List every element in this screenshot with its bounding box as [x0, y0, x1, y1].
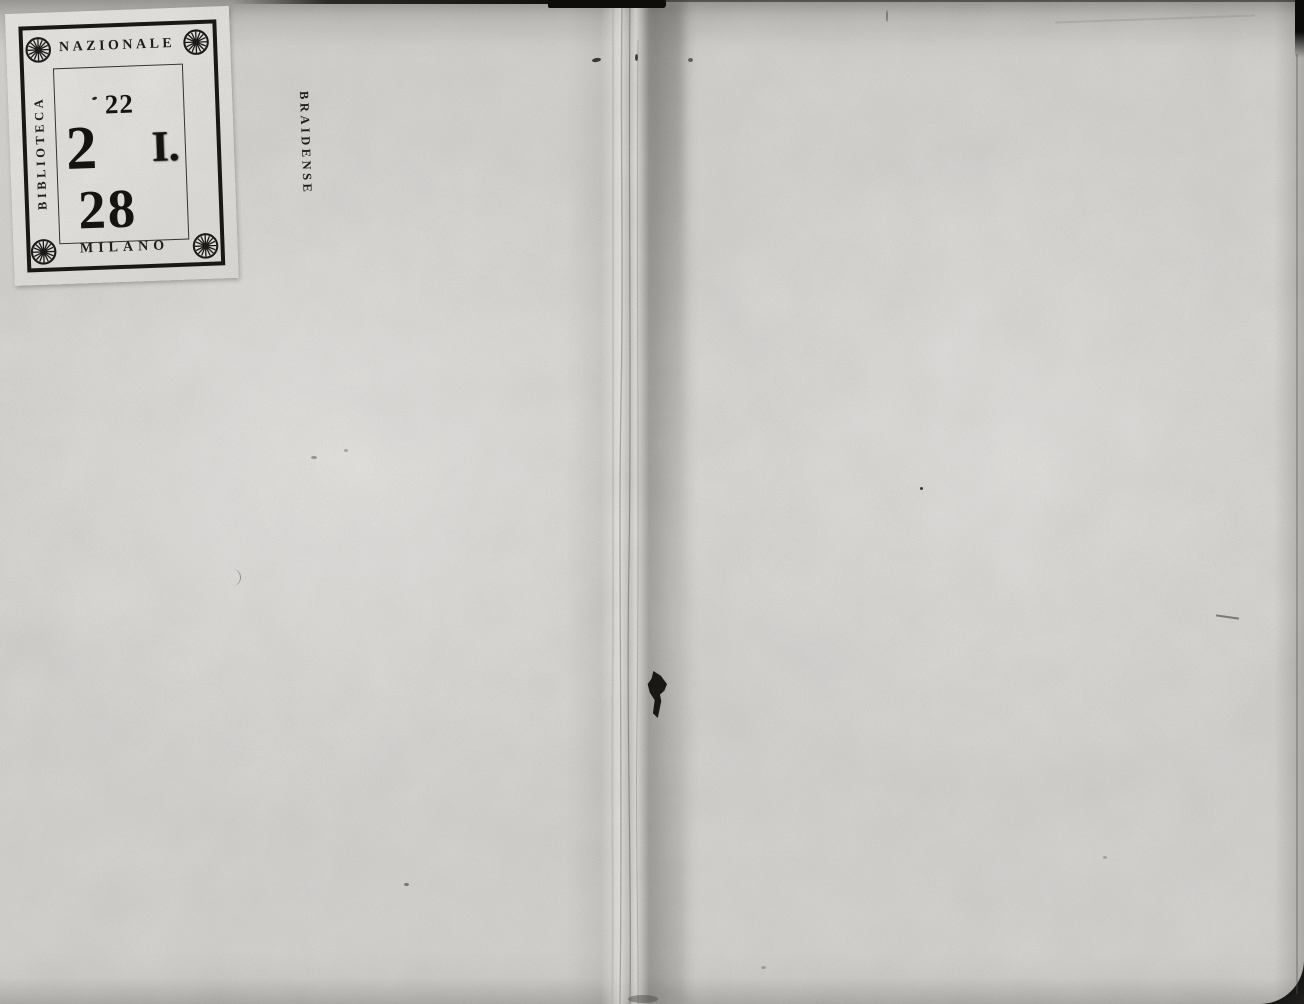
rosette-icon: [190, 230, 221, 261]
scan-top-edge-line-right: [664, 0, 1304, 2]
scan-top-gutter-shadow: [548, 0, 666, 8]
right-page-edge-shading: [1274, 0, 1304, 1004]
rosette-icon: [23, 34, 54, 65]
shelfmark-stamp: I.: [151, 125, 180, 169]
rosette-icon: [28, 236, 59, 267]
scan-top-right-corner: [1295, 0, 1304, 58]
shelfmark-left: 2: [65, 117, 98, 180]
shelfmark-bottom: 28: [77, 180, 138, 237]
scan-top-edge-line: [230, 0, 552, 4]
book-gutter: [566, 0, 700, 1004]
rosette-icon: [181, 27, 212, 58]
book-scan: NAZIONALE BIBLIOTECA BRAIDENSE MILANO 22…: [0, 0, 1304, 1004]
gutter-crease-lines: [566, 0, 700, 1004]
right-page-edge-line: [1296, 54, 1298, 994]
library-bookplate: NAZIONALE BIBLIOTECA BRAIDENSE MILANO 22…: [5, 6, 239, 286]
